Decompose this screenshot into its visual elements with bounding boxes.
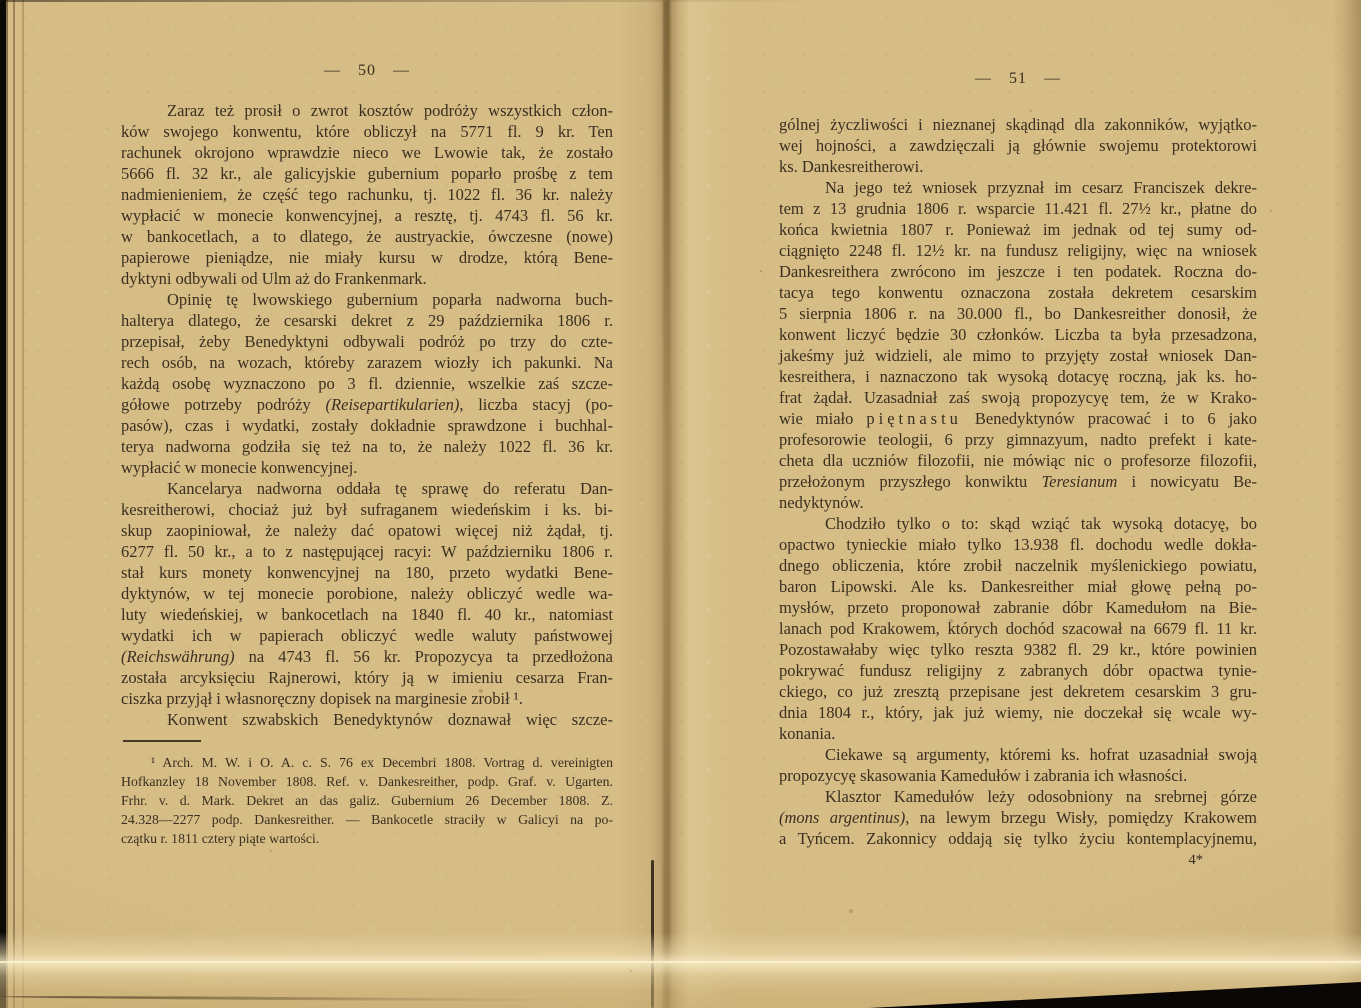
page-number-header-left: — 50 — <box>121 60 613 82</box>
text-line: 6277 fl. 50 kr., a to z następującej rac… <box>121 541 613 562</box>
text-line: 5666 fl. 32 kr., ale galicyjskie guberni… <box>121 163 613 184</box>
gutter-fold-line <box>663 0 670 1008</box>
text-line: a Tyńcem. Zakonnicy oddają się tylko życ… <box>779 828 1257 849</box>
text-line: Frhr. v. d. Mark. Dekret an das galiz. G… <box>121 791 613 810</box>
text-line: Ciekawe są argumenty, któremi ks. hofrat… <box>779 744 1257 765</box>
text-line: dyktyni odbywali od Ulm aż do Frankenmar… <box>121 268 613 289</box>
text-line: luty wiedeńskiej, w bankocetlach na 1840… <box>121 604 613 625</box>
text-line: 5 sierpnia 1806 r. na 30.000 fl., bo Dan… <box>779 303 1257 324</box>
page-left: — 50 — Zaraz też prosił o zwrot kosztów … <box>121 60 613 848</box>
text-line: każdą osobę wyznaczono po 3 fl. dziennie… <box>121 373 613 394</box>
text-line: konwent liczyć będzie 30 członków. Liczb… <box>779 324 1257 345</box>
footnote-text: ¹ Arch. M. W. i O. A. c. S. 76 ex Decemb… <box>121 753 613 848</box>
scan-top-edge-line <box>0 0 817 2</box>
text-line: Pozostawałaby więc tylko reszta 9382 fl.… <box>779 639 1257 660</box>
signature-mark: 4* <box>779 852 1257 869</box>
text-line: Na jego też wniosek przyznał im cesarz F… <box>779 177 1257 198</box>
text-line: kesreitherowi, chociaż już był sufragane… <box>121 499 613 520</box>
text-line: ków swojego konwentu, które obliczył na … <box>121 121 613 142</box>
text-line: Opinię tę lwowskiego gubernium poparła n… <box>121 289 613 310</box>
text-line: przełożonym przyszłego konwiktu Teresian… <box>779 471 1257 492</box>
text-line: Dankesreithera zwrócono im jeszcze i ten… <box>779 261 1257 282</box>
text-line: wie miało piętnastu Benedyktynów pracowa… <box>779 408 1257 429</box>
text-line: (mons argentinus), na lewym brzegu Wisły… <box>779 807 1257 828</box>
text-line: Chodziło tylko o to: skąd wziąć tak wyso… <box>779 513 1257 534</box>
text-line: ciszka przyjął i własnoręczny dopisek na… <box>121 688 613 709</box>
text-line: terya nadworna godziła się też na to, że… <box>121 436 613 457</box>
page-left-text-body: Zaraz też prosił o zwrot kosztów podróży… <box>121 100 613 730</box>
text-line: w bankocetlach, a to dlatego, że austrya… <box>121 226 613 247</box>
text-line: dnego obliczenia, które zrobił naczelnik… <box>779 555 1257 576</box>
text-line: przepisał, żeby Benedyktyni odbywali pod… <box>121 331 613 352</box>
bottom-edge-highlight-line <box>0 961 1361 963</box>
book-scan-spread: — 50 — Zaraz też prosił o zwrot kosztów … <box>0 0 1361 1008</box>
text-line: mysłów, przeto proponował zabranie dóbr … <box>779 597 1257 618</box>
text-line: Konwent szwabskich Benedyktynów doznawał… <box>121 709 613 730</box>
text-line: Klasztor Kamedułów leży odosobniony na s… <box>779 786 1257 807</box>
text-line: gółowe potrzeby podróży (Reisepartikular… <box>121 394 613 415</box>
page-right: — 51 — gólnej życzliwości i nieznanej sk… <box>779 68 1257 869</box>
text-line: cheta dla uczniów filozofii, nie mówiąc … <box>779 450 1257 471</box>
text-line: wydatki ich w papierach obliczyć wedle w… <box>121 625 613 646</box>
right-page-curve-shade <box>1333 0 1361 1008</box>
text-line: rech osób, na wozach, któreby zarazem wi… <box>121 352 613 373</box>
page-right-text-body: gólnej życzliwości i nieznanej skądinąd … <box>779 114 1257 849</box>
text-line: Hofkanzley 18 November 1808. Ref. v. Dan… <box>121 772 613 791</box>
text-line: została arcyksięciu Rajnerowi, który ją … <box>121 667 613 688</box>
text-line: rachunek okrojono wprawdzie nieco we Lwo… <box>121 142 613 163</box>
text-line: wej hojności, a zawdzięczali ją głównie … <box>779 135 1257 156</box>
text-line: gólnej życzliwości i nieznanej skądinąd … <box>779 114 1257 135</box>
text-line: nadmienieniem, że część tego rachunku, t… <box>121 184 613 205</box>
text-line: Kancelarya nadworna oddała tę sprawę do … <box>121 478 613 499</box>
text-line: (Reichswährung) na 4743 fl. 56 kr. Propo… <box>121 646 613 667</box>
text-line: ¹ Arch. M. W. i O. A. c. S. 76 ex Decemb… <box>121 753 613 772</box>
text-line: tacya tego konwentu oznaczona została de… <box>779 282 1257 303</box>
text-line: pokrywać fundusz religijny z zabranych d… <box>779 660 1257 681</box>
footnote-separator-rule <box>123 740 201 742</box>
text-line: jakeśmy już widzieli, ale mimo to przyję… <box>779 345 1257 366</box>
left-page-edge-lines <box>6 0 36 1008</box>
text-line: kesreithera, i naznaczono tak wysoką dot… <box>779 366 1257 387</box>
text-line: profesorowie teologii, 6 przy gimnazyum,… <box>779 429 1257 450</box>
text-line: pasów), czas i wydatki, zostały dokładni… <box>121 415 613 436</box>
text-line: konania. <box>779 723 1257 744</box>
text-line: nedyktynów. <box>779 492 1257 513</box>
text-line: baron Lipowski. Ale ks. Dankesreither mi… <box>779 576 1257 597</box>
text-line: halterya dlatego, że cesarski dekret z 2… <box>121 310 613 331</box>
text-line: ciągnięto 2248 fl. 12½ kr. na fundusz re… <box>779 240 1257 261</box>
text-line: wypłacić w monecie konwencyjnej. <box>121 457 613 478</box>
text-line: tem z 13 grudnia 1806 r. wsparcie 11.421… <box>779 198 1257 219</box>
text-line: czątku r. 1811 cztery piąte wartości. <box>121 829 613 848</box>
book-gutter-shadow <box>618 0 734 1008</box>
text-line: ckiego, co już zresztą przepisane jest d… <box>779 681 1257 702</box>
text-line: 24.328—2277 podp. Dankesreither. — Banko… <box>121 810 613 829</box>
text-line: wypłacić w monecie konwencyjnej, a reszt… <box>121 205 613 226</box>
text-line: dyktynów, w tej monecie porobione, należ… <box>121 583 613 604</box>
text-line: ks. Dankesreitherowi. <box>779 156 1257 177</box>
text-line: papierowe pieniądze, nie miały kursu w d… <box>121 247 613 268</box>
text-line: skup zaopiniował, że należy dać opatowi … <box>121 520 613 541</box>
text-line: końca kwietnia 1807 r. Ponieważ im jedna… <box>779 219 1257 240</box>
text-line: dnia 1804 r., który, jak już wiemy, nie … <box>779 702 1257 723</box>
text-line: stał kurs monety konwencyjnej na 180, pr… <box>121 562 613 583</box>
text-line: propozycyę skasowania Kamedułów i zabran… <box>779 765 1257 786</box>
text-line: frat żądał. Uzasadniał zaś swoją propozy… <box>779 387 1257 408</box>
text-line: lanach pod Krakowem, których dochód szac… <box>779 618 1257 639</box>
text-line: opactwo tynieckie miało tylko 13.938 fl.… <box>779 534 1257 555</box>
text-line: Zaraz też prosił o zwrot kosztów podróży… <box>121 100 613 121</box>
page-number-header-right: — 51 — <box>779 68 1257 90</box>
